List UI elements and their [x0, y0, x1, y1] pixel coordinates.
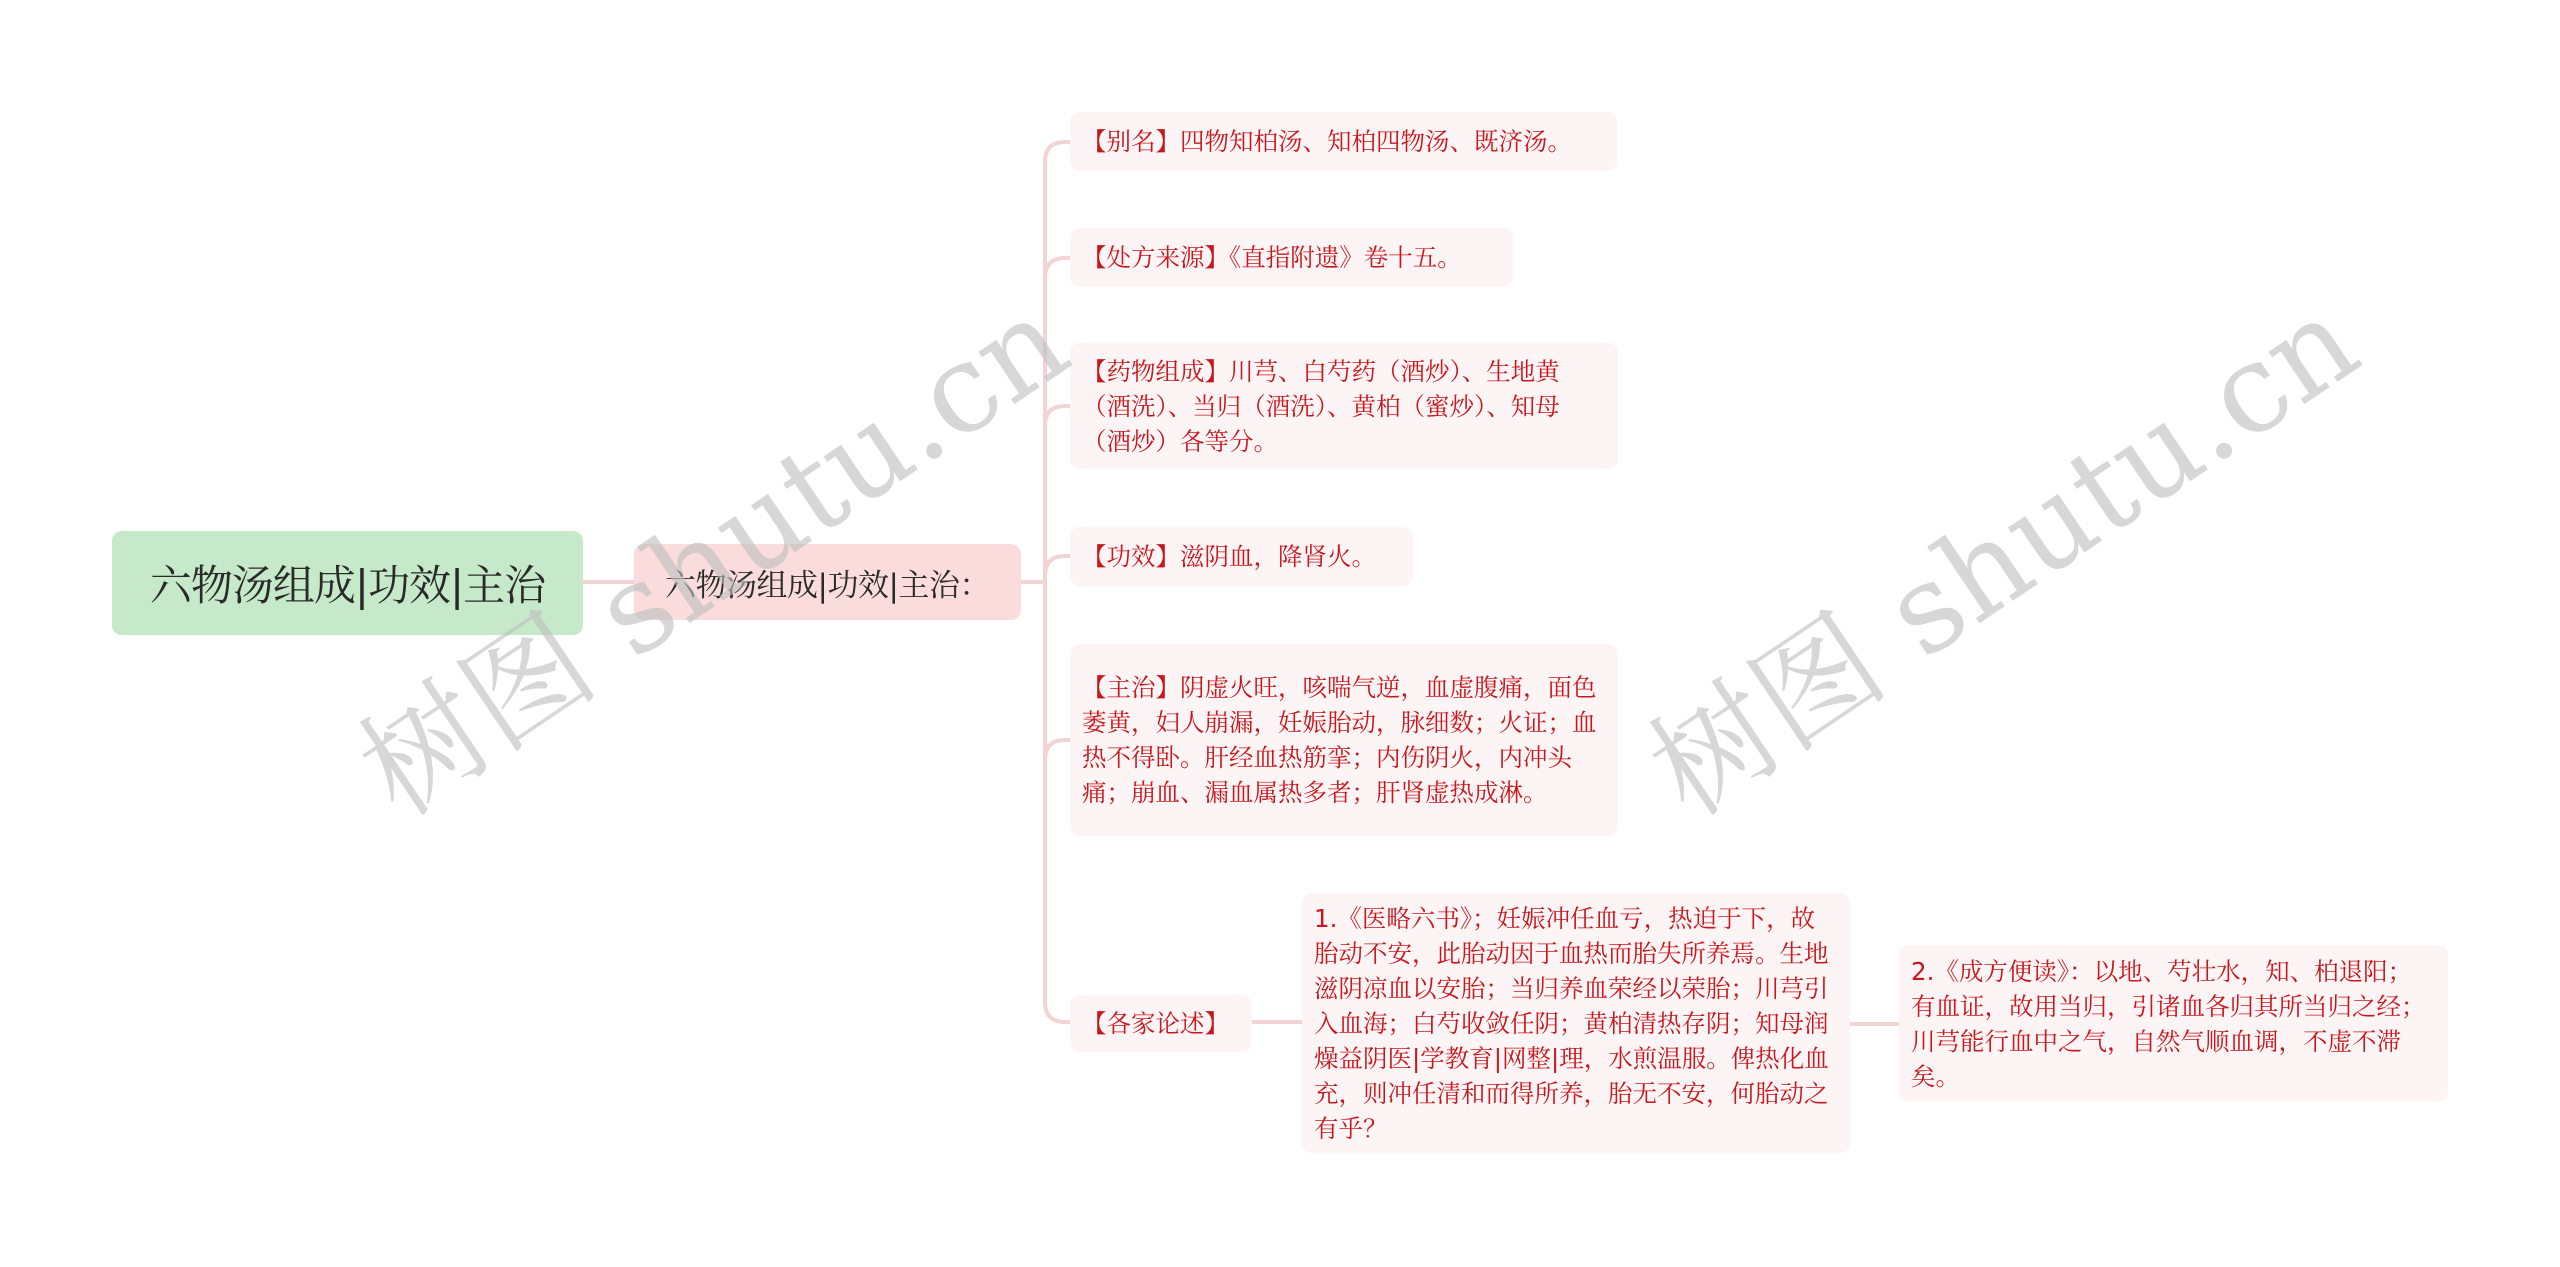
root-topic[interactable]: 六物汤组成|功效|主治 — [112, 531, 583, 635]
branch-ingredients[interactable]: 【药物组成】川芎、白芍药（酒炒）、生地黄（酒洗）、当归（酒洗）、黄柏（蜜炒）、知… — [1070, 343, 1618, 469]
root-topic-label: 六物汤组成|功效|主治 — [150, 553, 545, 613]
connector-branch-5 — [1045, 740, 1070, 760]
branch-alias[interactable]: 【别名】四物知柏汤、知柏四物汤、既济汤。 — [1070, 112, 1617, 171]
note-yilue-liushu-label: 1.《医略六书》；妊娠冲任血亏，热迫于下，故胎动不安，此胎动因于血热而胎失所养焉… — [1314, 901, 1838, 1146]
connector-branch-4 — [1045, 556, 1070, 576]
branch-source[interactable]: 【处方来源】《直指附遗》卷十五。 — [1070, 228, 1513, 287]
branch-commentaries-label: 【各家论述】 — [1082, 1006, 1240, 1041]
branch-efficacy[interactable]: 【功效】滋阴血，降肾火。 — [1070, 527, 1413, 586]
branch-efficacy-label: 【功效】滋阴血，降肾火。 — [1082, 539, 1401, 574]
connector-branch-1 — [1045, 142, 1070, 162]
note-chengfang-biandu-label: 2.《成方便读》：以地、芍壮水，知、柏退阳；有血证，故用当归，引诸血各归其所当归… — [1911, 954, 2436, 1094]
connector-branch-3 — [1045, 406, 1070, 426]
subtopic[interactable]: 六物汤组成|功效|主治： — [634, 544, 1021, 620]
subtopic-label: 六物汤组成|功效|主治： — [665, 560, 990, 605]
connector-branch-6 — [1045, 1002, 1070, 1022]
branch-source-label: 【处方来源】《直指附遗》卷十五。 — [1082, 240, 1501, 275]
branch-ingredients-label: 【药物组成】川芎、白芍药（酒炒）、生地黄（酒洗）、当归（酒洗）、黄柏（蜜炒）、知… — [1082, 354, 1606, 459]
branch-alias-label: 【别名】四物知柏汤、知柏四物汤、既济汤。 — [1082, 124, 1605, 159]
note-chengfang-biandu[interactable]: 2.《成方便读》：以地、芍壮水，知、柏退阳；有血证，故用当归，引诸血各归其所当归… — [1899, 945, 2448, 1102]
connector-branch-2 — [1045, 258, 1070, 278]
note-yilue-liushu[interactable]: 1.《医略六书》；妊娠冲任血亏，热迫于下，故胎动不安，此胎动因于血热而胎失所养焉… — [1302, 893, 1850, 1153]
branch-commentaries[interactable]: 【各家论述】 — [1070, 995, 1252, 1052]
branch-indications[interactable]: 【主治】阴虚火旺，咳喘气逆，血虚腹痛，面色萎黄，妇人崩漏，妊娠胎动，脉细数；火证… — [1070, 644, 1618, 836]
branch-indications-label: 【主治】阴虚火旺，咳喘气逆，血虚腹痛，面色萎黄，妇人崩漏，妊娠胎动，脉细数；火证… — [1082, 670, 1606, 810]
